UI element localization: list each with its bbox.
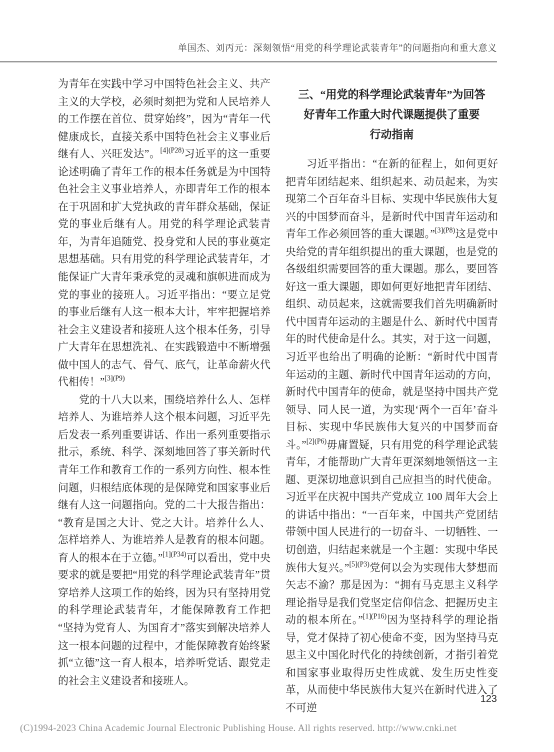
section-heading-line: 好青年工作重大时代课题提供了重要 [286,105,499,125]
paragraph: 为青年在实践中学习中国特色社会主义、共产主义的大学校，必须时刻把为党和人民培养人… [58,76,271,392]
page-number: 123 [480,694,497,705]
text-run: 这是党中央给党的青年组织提出的重大课题，也是党的各级组织需要回答的重大课题。那么… [286,229,499,451]
text-run: 习近平指出：“在新的征程上，如何更好把青年团结起来、组织起来、动员起来，为实现第… [286,159,499,240]
paragraph: 党的十八大以来，围绕培养什么人、怎样培养人、为谁培养人这个根本问题，习近平先后发… [58,392,271,690]
paragraph: 习近平指出：“在新的征程上，如何更好把青年团结起来、组织起来、动员起来，为实现第… [286,156,499,718]
citation-superscript: [4](P28) [160,147,184,155]
copyright-notice: (C)1994-2023 China Academic Journal Elec… [20,724,534,734]
text-run: 党的十八大以来，围绕培养什么人、怎样培养人、为谁培养人这个根本问题，习近平先后发… [58,395,271,564]
left-column: 为青年在实践中学习中国特色社会主义、共产主义的大学校，必须时刻把为党和人民培养人… [58,76,271,718]
text-run: 可以看出，党中央要求的就是要把“用党的科学理论武装青年”贯穿培养人这项工作的始终… [58,553,271,687]
citation-superscript: [1](P34) [163,550,187,558]
text-run: 习近平的这一重要论述明确了青年工作的根本任务就是为中国特色社会主义事业培养人，亦… [58,149,271,388]
section-heading-line: 行动指南 [286,125,499,145]
header-divider [0,61,497,63]
two-column-body: 为青年在实践中学习中国特色社会主义、共产主义的大学校，必须时刻把为党和人民培养人… [58,76,498,718]
paper-page: 单国杰、刘丙元：深刻领悟“用党的科学理论武装青年”的问题指向和重大意义 为青年在… [0,0,554,752]
text-run: 毋庸置疑，只有用党的科学理论武装青年，才能帮助广大青年更深刻地领悟这一主题、更深… [286,440,499,574]
citation-superscript: [3](P9) [105,375,125,383]
citation-superscript: [5](P3) [349,560,369,568]
right-column-text: 习近平指出：“在新的征程上，如何更好把青年团结起来、组织起来、动员起来，为实现第… [286,156,499,718]
running-head: 单国杰、刘丙元：深刻领悟“用党的科学理论武装青年”的问题指向和重大意义 [57,41,497,54]
text-run: 因为坚持科学的理论指导，党才保持了初心使命不变，因为坚持马克思主义中国化时代化的… [286,615,499,714]
right-column: 三、“用党的科学理论武装青年”为回答 好青年工作重大时代课题提供了重要 行动指南… [286,76,499,718]
citation-superscript: [1](P16) [363,613,387,621]
section-heading-line: 三、“用党的科学理论武装青年”为回答 [286,85,499,105]
citation-superscript: [2](P6) [306,437,326,445]
section-heading: 三、“用党的科学理论武装青年”为回答 好青年工作重大时代课题提供了重要 行动指南 [286,85,499,145]
citation-superscript: [3](P8) [435,227,455,235]
